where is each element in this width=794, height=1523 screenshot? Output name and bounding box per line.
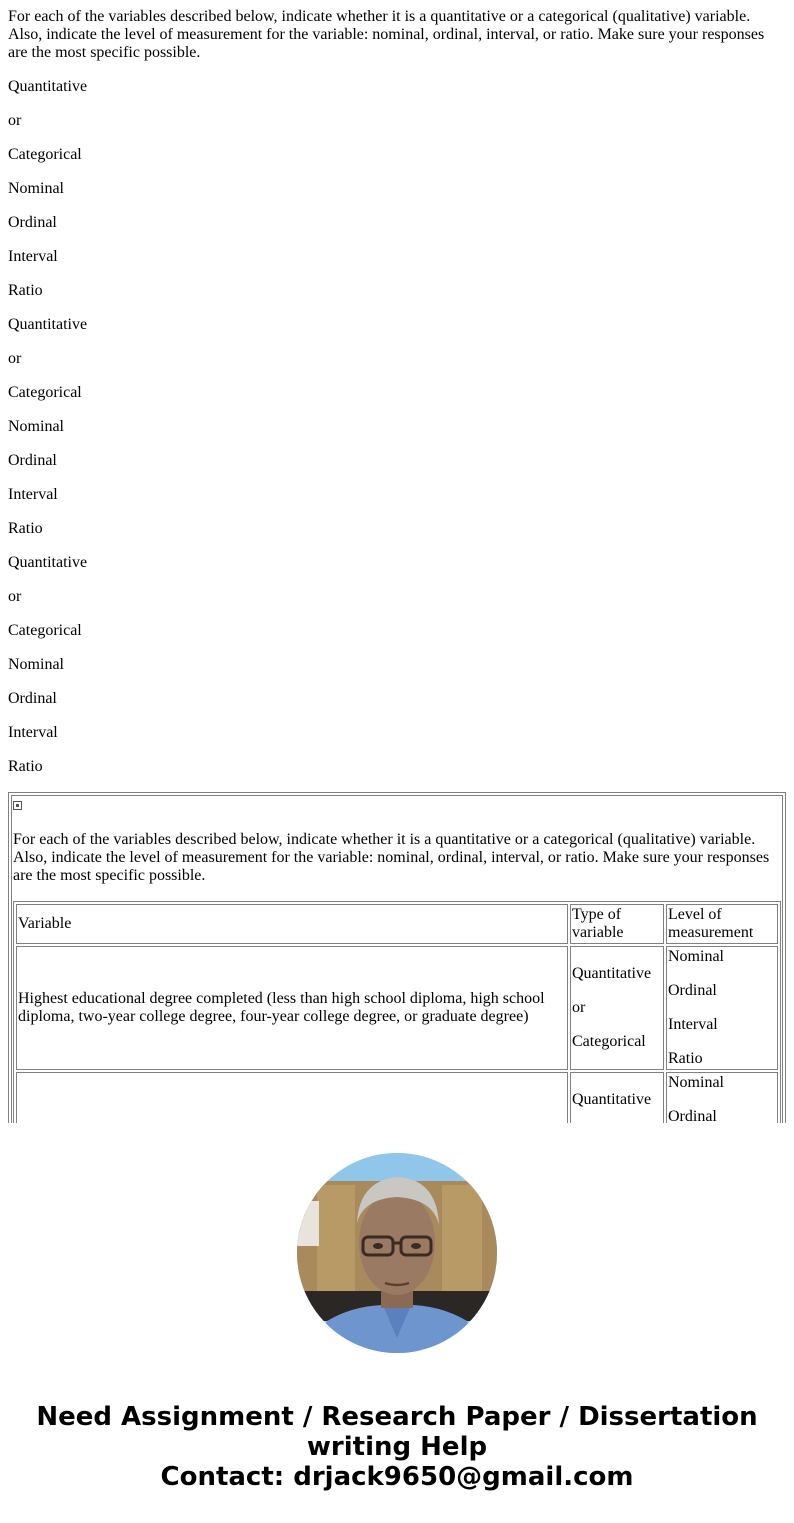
variable-cell: Price (in dollars) of a shirt on the cle… — [16, 1072, 568, 1123]
level-option: Ratio — [8, 520, 786, 538]
promo-banner: Need Assignment / Research Paper / Disse… — [0, 1402, 794, 1492]
table-header-row: Variable Type of variable Level of measu… — [16, 904, 778, 944]
type-option: Categorical — [8, 622, 786, 640]
type-option: or — [8, 112, 786, 130]
level-option: Nominal — [8, 656, 786, 674]
table-intro: For each of the variables described belo… — [13, 831, 781, 885]
author-avatar — [297, 1153, 497, 1353]
type-cell: Quantitative or Categorical — [570, 1072, 664, 1123]
question-table-wrapper: For each of the variables described belo… — [8, 792, 786, 1123]
table-row: Highest educational degree completed (le… — [16, 946, 778, 1070]
promo-line: writing Help — [0, 1432, 794, 1462]
header-type: Type of variable — [570, 904, 664, 944]
level-option: Ordinal — [668, 982, 776, 1000]
table-row: Price (in dollars) of a shirt on the cle… — [16, 1072, 778, 1123]
header-variable: Variable — [16, 904, 568, 944]
level-option: Interval — [8, 248, 786, 266]
level-option: Ordinal — [8, 452, 786, 470]
variables-table: Variable Type of variable Level of measu… — [13, 901, 781, 1123]
question-document: For each of the variables described belo… — [8, 0, 786, 1123]
level-option: Ratio — [668, 1050, 776, 1068]
level-option: Ratio — [8, 758, 786, 776]
header-level: Level of measurement — [666, 904, 778, 944]
level-option: Ratio — [8, 282, 786, 300]
level-option: Nominal — [8, 418, 786, 436]
type-option: Categorical — [8, 146, 786, 164]
type-option: or — [8, 350, 786, 368]
level-option: Ordinal — [8, 214, 786, 232]
option-group: Quantitative or Categorical Nominal Ordi… — [8, 78, 786, 300]
level-option: Nominal — [8, 180, 786, 198]
type-option: Quantitative — [8, 554, 786, 572]
type-option: Categorical — [8, 384, 786, 402]
promo-line: Need Assignment / Research Paper / Disse… — [0, 1402, 794, 1432]
question-intro: For each of the variables described belo… — [8, 8, 786, 62]
level-option: Nominal — [668, 948, 776, 966]
author-photo-icon — [297, 1153, 497, 1353]
variable-cell: Highest educational degree completed (le… — [16, 946, 568, 1070]
option-group: Quantitative or Categorical Nominal Ordi… — [8, 316, 786, 538]
level-option: Interval — [668, 1016, 776, 1034]
type-option: Quantitative — [572, 1091, 662, 1109]
level-option: Ordinal — [8, 690, 786, 708]
level-option: Nominal — [668, 1074, 776, 1092]
level-option: Interval — [8, 486, 786, 504]
broken-image-icon — [13, 801, 22, 810]
question-table-cell: For each of the variables described belo… — [11, 795, 783, 1123]
level-option: Ordinal — [668, 1108, 776, 1123]
type-cell: Quantitative or Categorical — [570, 946, 664, 1070]
type-option: or — [572, 999, 662, 1017]
type-option: Quantitative — [8, 78, 786, 96]
type-option: or — [8, 588, 786, 606]
level-cell: Nominal Ordinal Interval Ratio — [666, 1072, 778, 1123]
level-cell: Nominal Ordinal Interval Ratio — [666, 946, 778, 1070]
type-option: Quantitative — [8, 316, 786, 334]
promo-contact-email[interactable]: Contact: drjack9650@gmail.com — [0, 1462, 794, 1492]
option-group: Quantitative or Categorical Nominal Ordi… — [8, 554, 786, 776]
type-option: Categorical — [572, 1033, 662, 1051]
type-option: Quantitative — [572, 965, 662, 983]
level-option: Interval — [8, 724, 786, 742]
